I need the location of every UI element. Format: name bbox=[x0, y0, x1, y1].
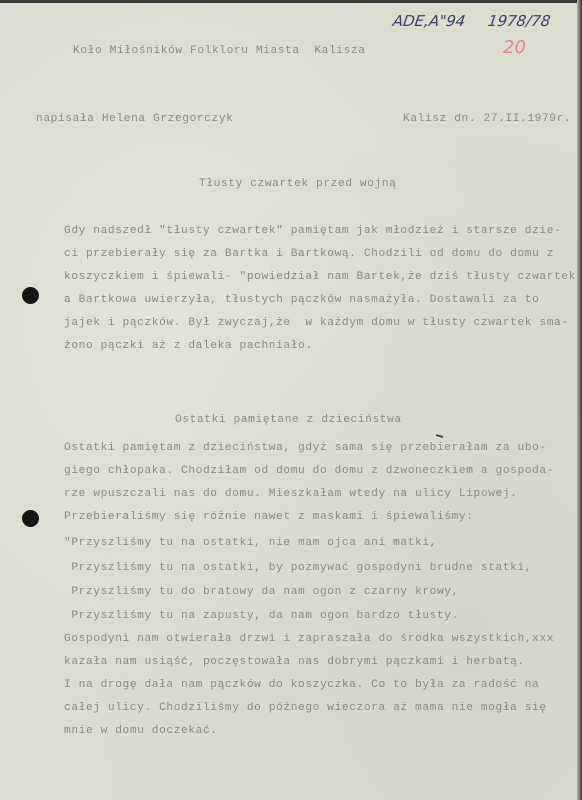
body-line: Ostatki pamiętam z dzieciństwa, gdyż sam… bbox=[64, 441, 547, 455]
song-line: Przyszliśmy tu na zapusty, da nam ogon b… bbox=[64, 609, 459, 623]
body-line: ci przebierały się za Bartka i Bartkową.… bbox=[64, 247, 554, 261]
punch-hole-upper bbox=[22, 287, 39, 304]
body-line: a Bartkowa uwierzyła, tłustych pączków n… bbox=[64, 293, 539, 307]
punch-hole-lower bbox=[22, 510, 39, 527]
place-date: Kalisz dn. 27.II.1979r. bbox=[403, 112, 571, 126]
body-line: giego chłopaka. Chodziłam od domu do dom… bbox=[64, 464, 554, 478]
document-page: ADE,A"94 1978/78 20 Koło Miłośników Folk… bbox=[0, 0, 582, 800]
body-line: koszyczkiem i śpiewali- "powiedział nam … bbox=[64, 270, 576, 284]
scan-edge-right bbox=[577, 0, 582, 800]
song-line: Przyszliśmy tu do bratowy da nam ogon z … bbox=[64, 585, 459, 599]
stray-mark bbox=[436, 434, 443, 438]
organization-name: Koło Miłośników Folkloru Miasta Kalisza bbox=[73, 44, 366, 58]
section1-title: Tłusty czwartek przed wojną bbox=[199, 177, 396, 191]
archive-ref-annotation: ADE,A"94 bbox=[392, 12, 467, 30]
body-line: rze wpuszczali nas do domu. Mieszkałam w… bbox=[64, 487, 517, 501]
body-line: jajek i pączków. Był zwyczaj,że w każdym… bbox=[64, 316, 569, 330]
body-line: Gospodyni nam otwierała drzwi i zaprasza… bbox=[64, 632, 554, 646]
catalog-number-annotation: 1978/78 bbox=[487, 12, 552, 30]
body-line: I na drogę dała nam pączków do koszyczka… bbox=[64, 678, 539, 692]
body-line: Gdy nadszedł "tłusty czwartek" pamiętam … bbox=[64, 224, 561, 238]
body-line: całej ulicy. Chodziliśmy do późnego wiec… bbox=[64, 701, 547, 715]
scan-edge-top bbox=[0, 0, 582, 3]
section2-title: Ostatki pamiętane z dzieciństwa bbox=[175, 413, 402, 427]
song-line: "Przyszliśmy tu na ostatki, nie mam ojca… bbox=[64, 536, 437, 550]
song-line: Przyszliśmy tu na ostatki, by pozmywać g… bbox=[64, 561, 532, 575]
body-line: Przebieraliśmy się różnie nawet z maskam… bbox=[64, 510, 474, 524]
body-line: mnie w domu doczekać. bbox=[64, 724, 218, 738]
body-line: kazała nam usiąść, poczęstowała nas dobr… bbox=[64, 655, 525, 669]
body-line: żono pączki aż z daleka pachniało. bbox=[64, 339, 313, 353]
author-line: napisała Helena Grzegorczyk bbox=[36, 112, 233, 126]
page-number-annotation: 20 bbox=[503, 37, 526, 58]
